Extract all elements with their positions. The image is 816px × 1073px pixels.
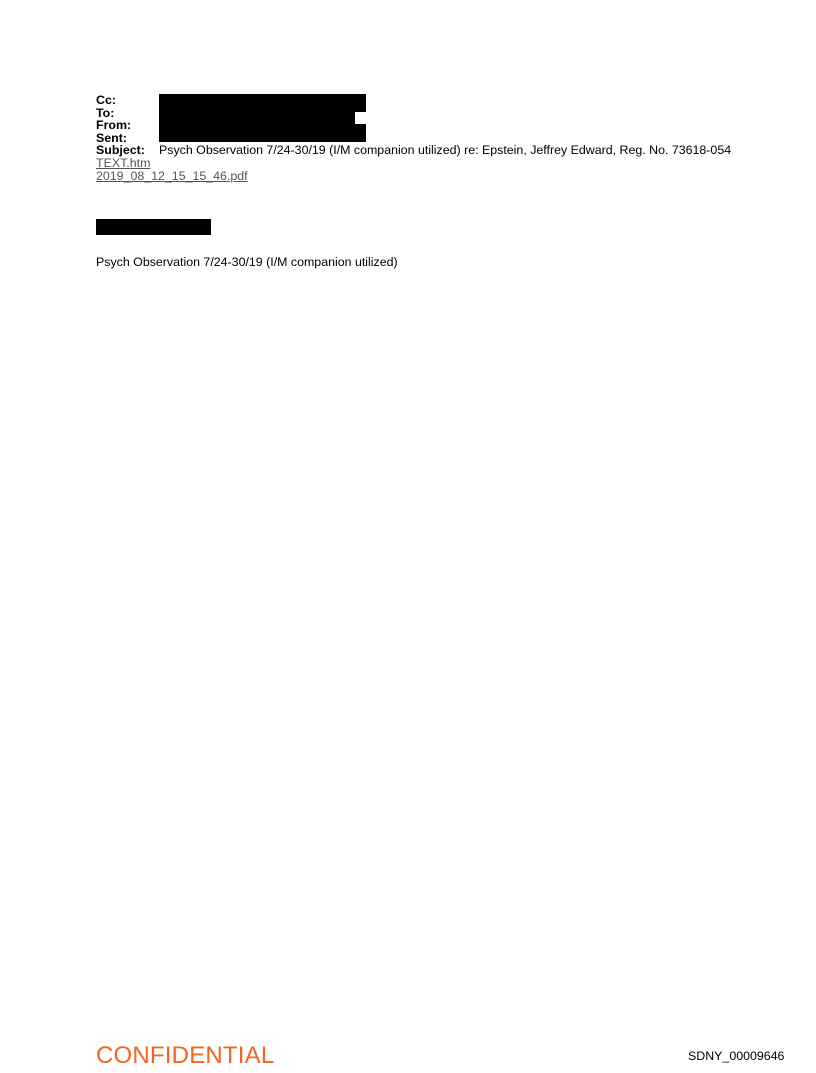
attachment-link-pdf[interactable]: 2019_08_12_15_15_46.pdf (96, 170, 736, 183)
email-body: Psych Observation 7/24-30/19 (I/M compan… (96, 255, 398, 269)
bates-number: SDNY_00009646 (688, 1049, 784, 1063)
subject-row: Subject:Psych Observation 7/24-30/19 (I/… (96, 144, 736, 157)
redaction-box-recipients (159, 94, 366, 142)
redaction-notch (355, 112, 366, 124)
attachment-link-text-htm[interactable]: TEXT.htm (96, 157, 736, 170)
redaction-box-attachment (96, 219, 211, 235)
subject-value: Psych Observation 7/24-30/19 (I/M compan… (159, 143, 731, 157)
from-label: From: (96, 119, 159, 132)
cc-label: Cc: (96, 94, 159, 107)
confidential-stamp: CONFIDENTIAL (96, 1042, 274, 1070)
